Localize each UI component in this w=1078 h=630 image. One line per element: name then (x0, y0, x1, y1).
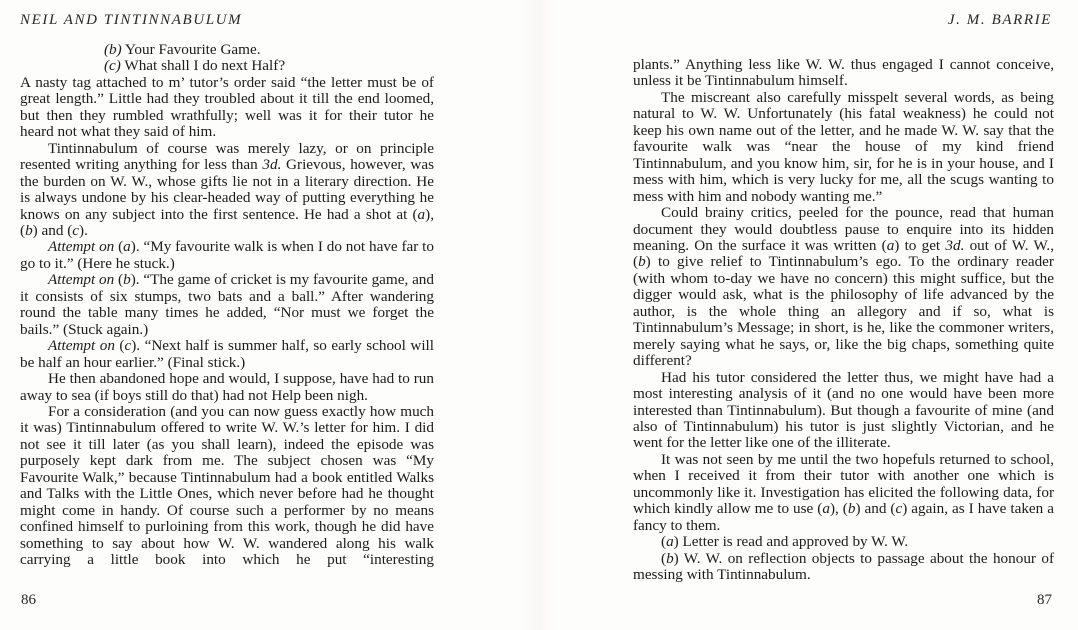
text-run-italic: b (25, 222, 33, 239)
attempt-marker: b (123, 271, 131, 288)
attempt-label: Attempt on (48, 271, 114, 288)
item-text: ) W. W. on reflection objects to passage… (633, 550, 1054, 583)
left-page: NEIL AND TINTINNABULUM (b) Your Favourit… (0, 0, 520, 630)
text-run: ) and ( (33, 222, 73, 239)
text-run-italic: a (822, 500, 830, 517)
list-item-c: (c) What shall I do next Half? (20, 58, 434, 74)
text-run: ) to get (894, 237, 945, 254)
running-head-right: J. M. BARRIE (948, 12, 1052, 29)
text-run: ) to give relief to Tintinnabulum’s ego.… (633, 253, 1054, 369)
book-gutter (520, 0, 558, 630)
paragraph: Tintinnabulum of course was merely lazy,… (20, 141, 434, 240)
attempt-label: Attempt on (48, 238, 114, 255)
data-item-b: (b) W. W. on reflection objects to passa… (633, 551, 1054, 584)
left-page-body: (b) Your Favourite Game. (c) What shall … (20, 42, 434, 569)
text-run-italic: 3d. (945, 237, 964, 254)
text-run-italic: b (638, 253, 646, 270)
attempt-b: Attempt on (b). “The game of cricket is … (20, 272, 434, 338)
attempt-c: Attempt on (c). “Next half is summer hal… (20, 338, 434, 371)
paragraph: It was not seen by me until the two hope… (633, 452, 1054, 534)
text-run: ), ( (830, 500, 848, 517)
attempt-a: Attempt on (a). “My favourite walk is wh… (20, 239, 434, 272)
data-item-a: (a) Letter is read and approved by W. W. (633, 534, 1054, 550)
item-marker: b (666, 550, 674, 567)
paragraph: plants.” Anything less like W. W. thus e… (633, 57, 1054, 90)
list-item-text: Your Favourite Game. (122, 41, 261, 58)
paragraph: Had his tutor considered the letter thus… (633, 370, 1054, 452)
paragraph: For a consideration (and you can now gue… (20, 404, 434, 569)
list-item-b: (b) Your Favourite Game. (20, 42, 434, 58)
list-marker: (c) (104, 57, 121, 74)
paragraph: Could brainy critics, peeled for the pou… (633, 205, 1054, 370)
paragraph: The miscreant also carefully misspelt se… (633, 90, 1054, 205)
list-marker: (b) (104, 41, 122, 58)
attempt-marker: a (123, 238, 131, 255)
right-page-body: plants.” Anything less like W. W. thus e… (633, 57, 1054, 584)
paragraph: He then abandoned hope and would, I supp… (20, 371, 434, 404)
book-spread: NEIL AND TINTINNABULUM (b) Your Favourit… (0, 0, 1078, 630)
paragraph: A nasty tag attached to m’ tutor’s order… (20, 75, 434, 141)
running-head-left: NEIL AND TINTINNABULUM (20, 12, 242, 29)
text-run-italic: a (418, 206, 426, 223)
page-number-left: 86 (21, 592, 36, 609)
attempt-label: Attempt on (48, 337, 115, 354)
text-run-italic: 3d. (262, 156, 281, 173)
list-item-text: What shall I do next Half? (121, 57, 285, 74)
item-text: ) Letter is read and approved by W. W. (674, 533, 909, 550)
text-run: ) and ( (855, 500, 895, 517)
item-marker: a (666, 533, 674, 550)
text-run: ). (79, 222, 88, 239)
page-number-right: 87 (1037, 592, 1052, 609)
right-page: J. M. BARRIE plants.” Anything less like… (558, 0, 1078, 630)
